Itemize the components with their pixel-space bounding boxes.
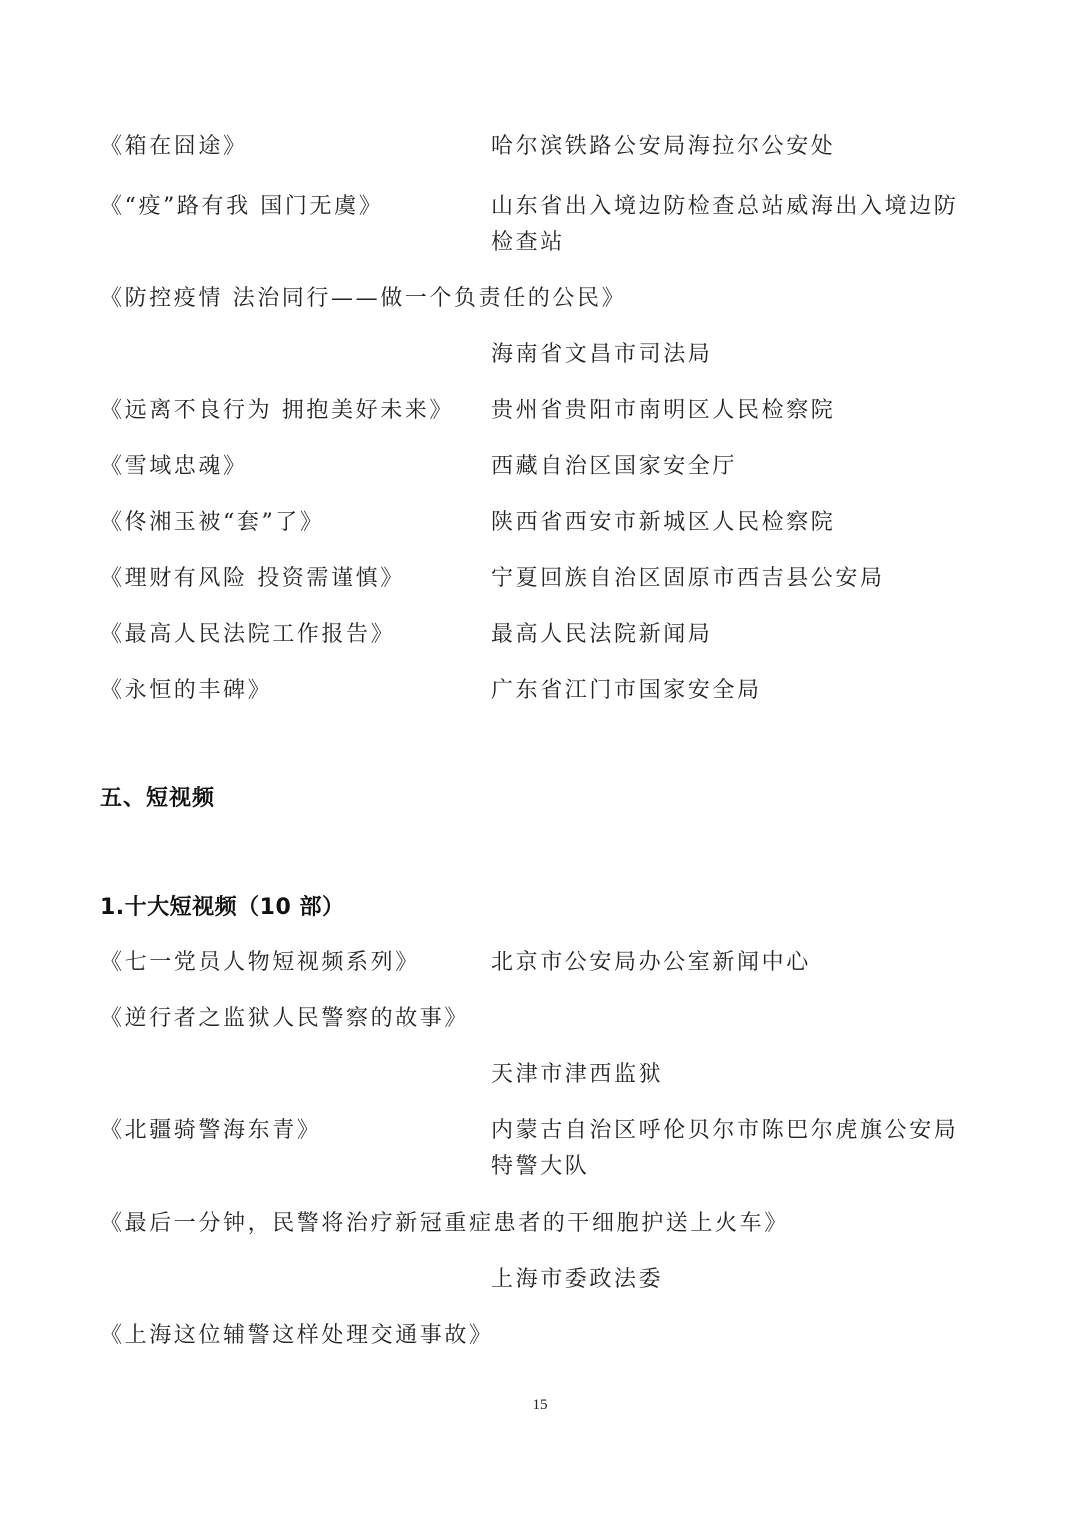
entry-title: 《最后一分钟，民警将治疗新冠重症患者的干细胞护送上火车》	[100, 1206, 789, 1242]
entry-title: 《佟湘玉被“套”了》	[100, 505, 325, 541]
entry-org-continued: 特警大队	[491, 1149, 589, 1185]
entry-org: 上海市委政法委	[491, 1262, 663, 1298]
entry-title: 《箱在囧途》	[100, 129, 248, 165]
entry-title: 《理财有风险 投资需谨慎》	[100, 561, 405, 597]
entry-title: 《雪域忠魂》	[100, 449, 248, 485]
section-subheading: 1.十大短视频（10 部）	[100, 890, 344, 926]
entry-title: 《防控疫情 法治同行——做一个负责任的公民》	[100, 281, 626, 317]
entry-org: 陕西省西安市新城区人民检察院	[491, 505, 835, 541]
entry-title: 《上海这位辅警这样处理交通事故》	[100, 1318, 494, 1354]
entry-title: 《七一党员人物短视频系列》	[100, 945, 420, 981]
entry-org: 最高人民法院新闻局	[491, 617, 712, 653]
entry-org: 内蒙古自治区呼伦贝尔市陈巴尔虎旗公安局	[491, 1113, 958, 1149]
entry-org: 山东省出入境边防检查总站威海出入境边防	[491, 189, 958, 225]
document-page: 《箱在囧途》 哈尔滨铁路公安局海拉尔公安处 《“疫”路有我 国门无虞》 山东省出…	[0, 0, 1080, 1527]
page-number: 15	[0, 1397, 1080, 1414]
entry-title: 《永恒的丰碑》	[100, 673, 272, 709]
entry-org: 海南省文昌市司法局	[491, 337, 712, 373]
entry-org-continued: 检查站	[491, 225, 565, 261]
entry-title: 《“疫”路有我 国门无虞》	[100, 189, 383, 225]
entry-org: 天津市津西监狱	[491, 1057, 663, 1093]
entry-org: 宁夏回族自治区固原市西吉县公安局	[491, 561, 885, 597]
entry-org: 广东省江门市国家安全局	[491, 673, 762, 709]
entry-org: 北京市公安局办公室新闻中心	[491, 945, 811, 981]
entry-title: 《远离不良行为 拥抱美好未来》	[100, 393, 454, 429]
entry-title: 《最高人民法院工作报告》	[100, 617, 395, 653]
entry-title: 《北疆骑警海东青》	[100, 1113, 321, 1149]
section-heading: 五、短视频	[100, 781, 215, 817]
entry-title: 《逆行者之监狱人民警察的故事》	[100, 1001, 469, 1037]
entry-org: 哈尔滨铁路公安局海拉尔公安处	[491, 129, 835, 165]
entry-org: 西藏自治区国家安全厅	[491, 449, 737, 485]
entry-org: 贵州省贵阳市南明区人民检察院	[491, 393, 835, 429]
